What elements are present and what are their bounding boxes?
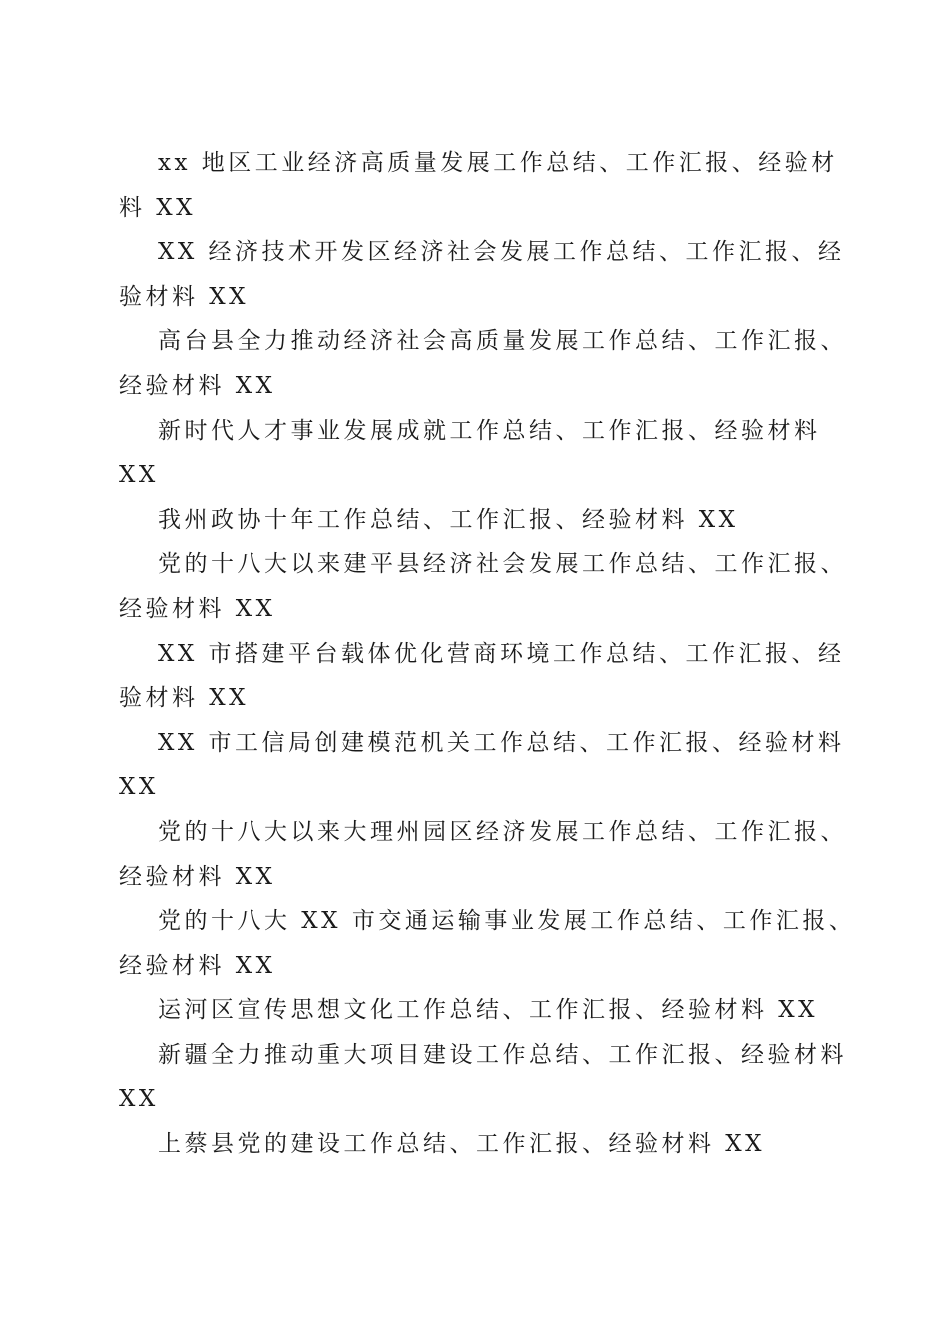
- paragraph-line: XX 经济技术开发区经济社会发展工作总结、工作汇报、经: [119, 230, 825, 275]
- paragraph-line: XX: [119, 765, 825, 810]
- paragraph-item: 运河区宣传思想文化工作总结、工作汇报、经验材料 XX: [119, 988, 825, 1033]
- paragraph-line: xx 地区工业经济高质量发展工作总结、工作汇报、经验材: [119, 141, 825, 186]
- paragraph-item: XX 市工信局创建模范机关工作总结、工作汇报、经验材料 XX: [119, 721, 825, 810]
- paragraph-line: 党的十八大 XX 市交通运输事业发展工作总结、工作汇报、: [119, 899, 825, 944]
- paragraph-item: 我州政协十年工作总结、工作汇报、经验材料 XX: [119, 498, 825, 543]
- document-body: xx 地区工业经济高质量发展工作总结、工作汇报、经验材 料 XX XX 经济技术…: [119, 141, 825, 1167]
- document-page: xx 地区工业经济高质量发展工作总结、工作汇报、经验材 料 XX XX 经济技术…: [0, 0, 950, 1344]
- paragraph-line: 经验材料 XX: [119, 944, 825, 989]
- paragraph-line: 经验材料 XX: [119, 855, 825, 900]
- paragraph-line: XX: [119, 1077, 825, 1122]
- paragraph-line: XX: [119, 453, 825, 498]
- paragraph-item: XX 经济技术开发区经济社会发展工作总结、工作汇报、经 验材料 XX: [119, 230, 825, 319]
- paragraph-item: 新时代人才事业发展成就工作总结、工作汇报、经验材料 XX: [119, 409, 825, 498]
- paragraph-item: 党的十八大 XX 市交通运输事业发展工作总结、工作汇报、 经验材料 XX: [119, 899, 825, 988]
- paragraph-line: 运河区宣传思想文化工作总结、工作汇报、经验材料 XX: [119, 988, 825, 1033]
- paragraph-line: 验材料 XX: [119, 275, 825, 320]
- paragraph-item: XX 市搭建平台载体优化营商环境工作总结、工作汇报、经 验材料 XX: [119, 632, 825, 721]
- paragraph-line: 新疆全力推动重大项目建设工作总结、工作汇报、经验材料: [119, 1033, 825, 1078]
- paragraph-item: 新疆全力推动重大项目建设工作总结、工作汇报、经验材料 XX: [119, 1033, 825, 1122]
- paragraph-line: XX 市工信局创建模范机关工作总结、工作汇报、经验材料: [119, 721, 825, 766]
- paragraph-line: 党的十八大以来建平县经济社会发展工作总结、工作汇报、: [119, 542, 825, 587]
- paragraph-item: 党的十八大以来建平县经济社会发展工作总结、工作汇报、 经验材料 XX: [119, 542, 825, 631]
- paragraph-line: 党的十八大以来大理州园区经济发展工作总结、工作汇报、: [119, 810, 825, 855]
- paragraph-line: 经验材料 XX: [119, 364, 825, 409]
- paragraph-line: 上蔡县党的建设工作总结、工作汇报、经验材料 XX: [119, 1122, 825, 1167]
- paragraph-line: 高台县全力推动经济社会高质量发展工作总结、工作汇报、: [119, 319, 825, 364]
- paragraph-line: 料 XX: [119, 186, 825, 231]
- paragraph-item: 党的十八大以来大理州园区经济发展工作总结、工作汇报、 经验材料 XX: [119, 810, 825, 899]
- paragraph-item: 上蔡县党的建设工作总结、工作汇报、经验材料 XX: [119, 1122, 825, 1167]
- paragraph-line: 经验材料 XX: [119, 587, 825, 632]
- paragraph-item: 高台县全力推动经济社会高质量发展工作总结、工作汇报、 经验材料 XX: [119, 319, 825, 408]
- paragraph-line: 新时代人才事业发展成就工作总结、工作汇报、经验材料: [119, 409, 825, 454]
- paragraph-line: 我州政协十年工作总结、工作汇报、经验材料 XX: [119, 498, 825, 543]
- paragraph-item: xx 地区工业经济高质量发展工作总结、工作汇报、经验材 料 XX: [119, 141, 825, 230]
- paragraph-line: XX 市搭建平台载体优化营商环境工作总结、工作汇报、经: [119, 632, 825, 677]
- paragraph-line: 验材料 XX: [119, 676, 825, 721]
